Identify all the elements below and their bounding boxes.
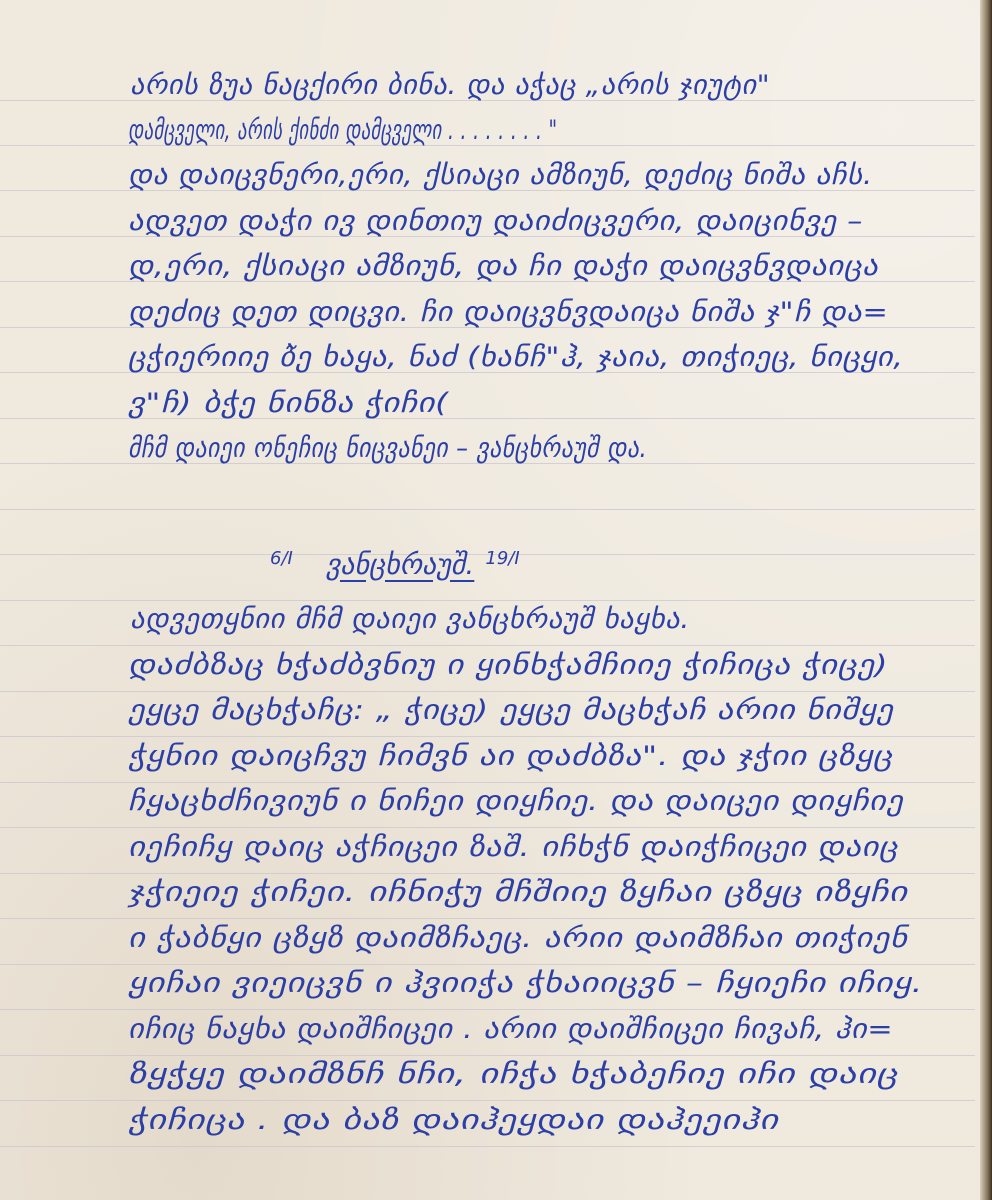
handwritten-line: ყიჩაი ვიეიცვნ ი ჰვიიჭა ჭხაიიცვნ – ჩყიეჩი… bbox=[128, 968, 923, 999]
ruled-line bbox=[0, 782, 975, 783]
handwritten-line: იეჩიჩყ დაიც აჭჩიცეი ზაშ. იჩხჭნ დაიჭჩიცეი… bbox=[128, 832, 898, 863]
ruled-line bbox=[0, 1100, 975, 1101]
handwritten-line: ჯჭიეიე ჭიჩეი. იჩნიჭუ მჩშიიე ზყჩაი ცზყც ი… bbox=[128, 877, 908, 908]
ruled-line bbox=[0, 827, 975, 828]
handwritten-line: მჩმ დაიეი ონეჩიც ნიცვანეი – ვანცხრაუშ და… bbox=[128, 433, 647, 464]
ruled-line bbox=[0, 873, 975, 874]
handwritten-line: ჭიჩიცა . და ბაზ დაიჰეყდაი დაჰეეიჰი bbox=[128, 1105, 779, 1136]
end-date: 19/I bbox=[485, 548, 519, 569]
handwritten-line: ჩყაცხძჩივიუნ ი ნიჩეი დიყჩიე. და დაიცეი დ… bbox=[128, 786, 903, 817]
handwritten-line: ი ჭაბნყი ცზყზ დაიმზჩაეც. არიი დაიმზჩაი თ… bbox=[128, 923, 908, 954]
handwritten-line: ჭყნიი დაიცჩვუ ჩიმვნ აი დაძბზა". და ჯჭიი … bbox=[128, 741, 893, 772]
ruled-line bbox=[0, 1009, 975, 1010]
ruled-line bbox=[0, 964, 975, 965]
ruled-line bbox=[0, 509, 975, 510]
handwritten-line: ცჭიერიიე ბ̃ე ხაყა, ნაძ (ხანჩ"ჰ, ჯაია, თი… bbox=[128, 342, 904, 373]
handwritten-line: დეძიც დეთ დიცვი. ჩი დაიცვნვდაიცა ნიშა ჯ"… bbox=[128, 297, 888, 328]
ruled-line bbox=[0, 1146, 975, 1147]
handwritten-line: ზყჭყე დაიმზნჩ ნჩი, იჩჭა ხჭაბეჩიე იჩი დაი… bbox=[128, 1059, 898, 1090]
ruled-line bbox=[0, 691, 975, 692]
notebook-page: არის ზუა ნაცქირი ბინა. და აჭაც „არის ჯიუ… bbox=[0, 0, 992, 1200]
ruled-line bbox=[0, 918, 975, 919]
handwritten-line: დაძბზაც ხჭაძბვნიუ ი ყინხჭამჩიიე ჭიჩიცა ჭ… bbox=[128, 650, 888, 681]
handwritten-line: ადვეთყნიი მჩმ დაიეი ვანცხრაუშ ხაყხა. bbox=[130, 604, 690, 635]
entry-title: ვანცხრაუშ. bbox=[326, 548, 474, 581]
handwritten-line: დამცველი, არის ქინძი დამცველი . . . . . … bbox=[128, 115, 557, 146]
ruled-line bbox=[0, 1055, 975, 1056]
start-date: 6/I bbox=[270, 548, 293, 569]
handwritten-line: დ,ერი, ქსიაცი ამზიუნ, და ჩი დაჭი დაიცვნვ… bbox=[128, 251, 878, 282]
handwritten-line: ადვეთ დაჭი ივ დინთიუ დაიძიცვერი, დაიცინვ… bbox=[128, 206, 863, 237]
handwritten-line: და დაიცვნერი,ერი, ქსიაცი ამზიუნ, დეძიც ნ… bbox=[128, 160, 873, 191]
handwritten-line: იჩიც ნაყხა დაიშჩიცეი . არიი დაიშჩიცეი ჩი… bbox=[128, 1014, 893, 1045]
ruled-line bbox=[0, 600, 975, 601]
ruled-line bbox=[0, 736, 975, 737]
entry-heading: 6/I ვანცხრაუშ. 19/I bbox=[270, 548, 520, 581]
ruled-line bbox=[0, 645, 975, 646]
handwritten-line: არის ზუა ნაცქირი ბინა. და აჭაც „არის ჯიუ… bbox=[130, 70, 770, 101]
handwritten-line: ვ"ჩ) ბჭე ნინზა ჭიჩი( bbox=[128, 388, 448, 419]
handwritten-line: ეყცე მაცხჭაჩც: „ ჭიცე) ეყცე მაცხჭაჩ არიი… bbox=[128, 695, 894, 726]
notebook-binding-edge bbox=[980, 0, 992, 1200]
